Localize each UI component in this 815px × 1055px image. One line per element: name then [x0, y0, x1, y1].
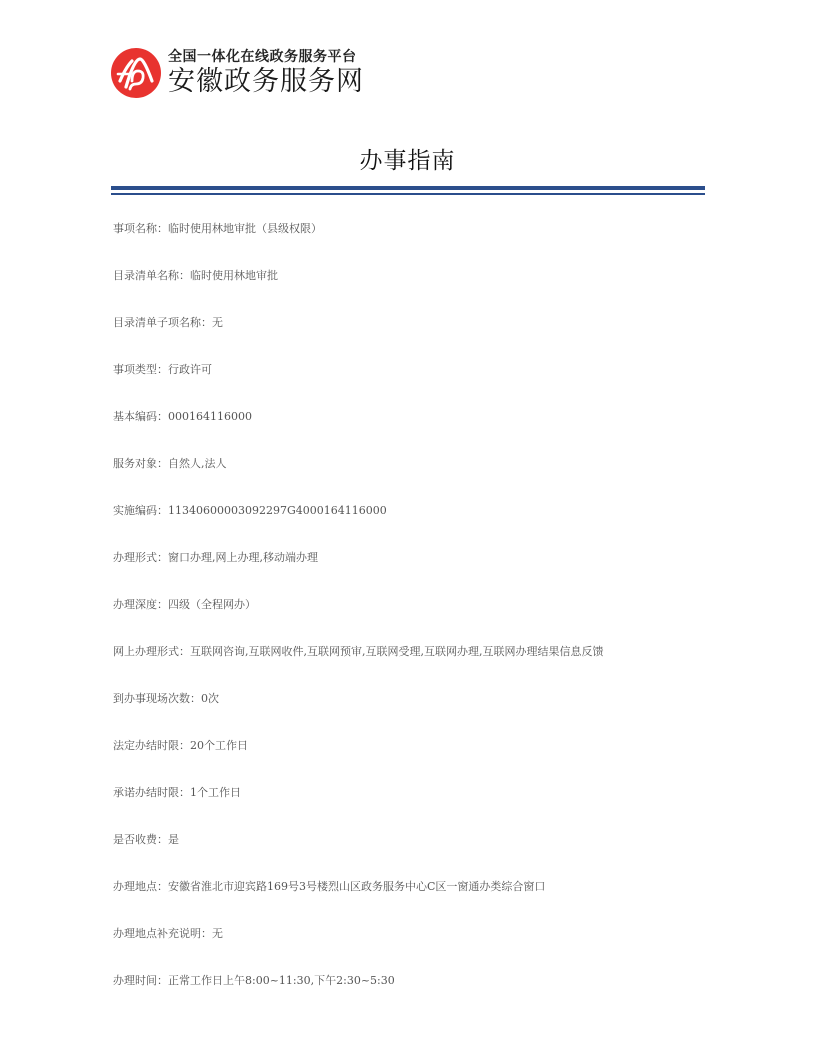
divider-thin-line: [111, 193, 705, 195]
field-implementation-code: 实施编码：11340600003092297G4000164116000: [113, 503, 713, 550]
field-value: 是: [168, 833, 179, 846]
field-label: 办理地点补充说明：: [113, 927, 212, 940]
field-label: 事项类型：: [113, 363, 168, 376]
field-service-target: 服务对象：自然人,法人: [113, 456, 713, 503]
field-label: 是否收费：: [113, 833, 168, 846]
field-value: 20个工作日: [190, 739, 248, 752]
field-label: 目录清单子项名称：: [113, 316, 212, 329]
field-office-hours: 办理时间：正常工作日上午8:00~11:30,下午2:30~5:30: [113, 973, 713, 1020]
field-label: 基本编码：: [113, 410, 168, 423]
field-online-handling-form: 网上办理形式：互联网咨询,互联网收件,互联网预审,互联网受理,互联网办理,互联网…: [113, 644, 713, 691]
field-value: 窗口办理,网上办理,移动端办理: [168, 551, 318, 564]
field-item-type: 事项类型：行政许可: [113, 362, 713, 409]
field-basic-code: 基本编码：000164116000: [113, 409, 713, 456]
field-item-name: 事项名称：临时使用林地审批（县级权限）: [113, 221, 713, 268]
guide-fields: 事项名称：临时使用林地审批（县级权限） 目录清单名称：临时使用林地审批 目录清单…: [113, 221, 713, 1020]
field-fee-charged: 是否收费：是: [113, 832, 713, 879]
field-handling-form: 办理形式：窗口办理,网上办理,移动端办理: [113, 550, 713, 597]
field-catalog-name: 目录清单名称：临时使用林地审批: [113, 268, 713, 315]
field-location: 办理地点：安徽省淮北市迎宾路169号3号楼烈山区政务服务中心C区一窗通办类综合窗…: [113, 879, 713, 926]
field-label: 法定办结时限：: [113, 739, 190, 752]
site-logo: 全国一体化在线政务服务平台 安徽政务服务网: [110, 47, 364, 99]
field-label: 办理地点：: [113, 880, 168, 893]
title-divider: [111, 186, 705, 195]
field-label: 目录清单名称：: [113, 269, 190, 282]
field-value: 临时使用林地审批（县级权限）: [168, 222, 322, 235]
field-label: 实施编码：: [113, 504, 168, 517]
field-value: 11340600003092297G4000164116000: [168, 504, 387, 517]
field-label: 事项名称：: [113, 222, 168, 235]
field-label: 办理时间：: [113, 974, 168, 987]
field-value: 无: [212, 316, 223, 329]
platform-subtitle: 全国一体化在线政务服务平台: [168, 49, 364, 66]
field-onsite-visits: 到办事现场次数：0次: [113, 691, 713, 738]
field-label: 网上办理形式：: [113, 645, 190, 658]
field-value: 互联网咨询,互联网收件,互联网预审,互联网受理,互联网办理,互联网办理结果信息反…: [190, 645, 603, 658]
field-legal-time-limit: 法定办结时限：20个工作日: [113, 738, 713, 785]
field-label: 办理形式：: [113, 551, 168, 564]
field-handling-depth: 办理深度：四级（全程网办）: [113, 597, 713, 644]
field-value: 临时使用林地审批: [190, 269, 278, 282]
site-name: 安徽政务服务网: [168, 66, 364, 98]
field-value: 自然人,法人: [168, 457, 227, 470]
field-promised-time-limit: 承诺办结时限：1个工作日: [113, 785, 713, 832]
field-value: 000164116000: [168, 410, 252, 423]
field-value: 无: [212, 927, 223, 940]
field-value: 1个工作日: [190, 786, 241, 799]
field-label: 到办事现场次数：: [113, 692, 201, 705]
field-label: 办理深度：: [113, 598, 168, 611]
field-value: 四级（全程网办）: [168, 598, 256, 611]
field-label: 服务对象：: [113, 457, 168, 470]
field-value: 行政许可: [168, 363, 212, 376]
page-title: 办事指南: [0, 142, 815, 175]
field-value: 正常工作日上午8:00~11:30,下午2:30~5:30: [168, 974, 395, 987]
anhui-gov-service-logo-icon: [110, 47, 162, 99]
field-label: 承诺办结时限：: [113, 786, 190, 799]
field-location-note: 办理地点补充说明：无: [113, 926, 713, 973]
field-value: 0次: [201, 692, 219, 705]
field-catalog-subitem: 目录清单子项名称：无: [113, 315, 713, 362]
field-value: 安徽省淮北市迎宾路169号3号楼烈山区政务服务中心C区一窗通办类综合窗口: [168, 880, 545, 893]
